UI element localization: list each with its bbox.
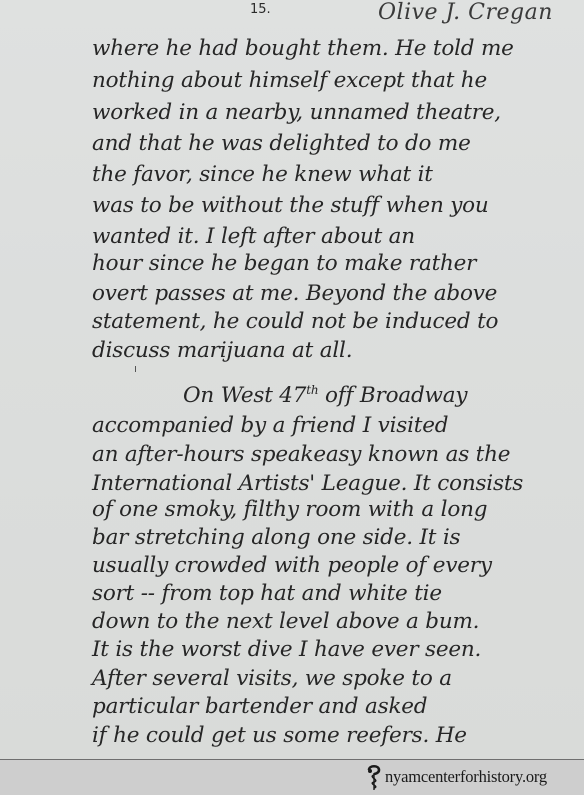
text-line: overt passes at me. Beyond the above [92,281,497,306]
text-line: of one smoky, filthy room with a long [92,497,487,522]
watermark: nyamcenterforhistory.org [366,763,547,791]
manuscript-page: 15. Olive J. Cregan where he had bought … [0,0,584,760]
text-line: accompanied by a friend I visited [92,413,448,438]
text-line: wanted it. I left after about an [92,224,415,249]
text-line: bar stretching along one side. It is [92,525,460,550]
text-line: nothing about himself except that he [92,68,487,93]
text-line: was to be without the stuff when you [92,193,489,218]
stray-pen-mark [135,366,136,372]
text-fragment: off Broadway [318,383,467,408]
text-line: and that he was delighted to do me [92,131,471,156]
text-line: worked in a nearby, unnamed theatre, [92,100,501,125]
author-name: Olive J. Cregan [378,0,553,25]
paragraph-first-line: On West 47th off Broadway [183,383,467,408]
text-line: discuss marijuana at all. [92,338,352,363]
text-line: an after-hours speakeasy known as the [92,442,510,467]
watermark-url: nyamcenterforhistory.org [385,767,547,787]
text-line: the favor, since he knew what it [92,162,433,187]
text-fragment: On West 47 [183,383,306,408]
text-line: hour since he began to make rather [92,251,476,276]
page-number: 15. [250,2,271,17]
text-line: It is the worst dive I have ever seen. [92,637,481,662]
text-line: International Artists' League. It consis… [92,471,523,496]
text-line: statement, he could not be induced to [92,309,498,334]
caduceus-snake-icon [366,763,382,791]
text-line: where he had bought them. He told me [92,36,514,61]
text-line: down to the next level above a bum. [92,609,479,634]
text-line: particular bartender and asked [92,694,427,719]
text-line: sort -- from top hat and white tie [92,581,442,606]
ordinal-suffix: th [306,383,318,397]
text-line: After several visits, we spoke to a [92,666,452,691]
text-line: if he could get us some reefers. He [92,723,467,748]
text-line: usually crowded with people of every [92,553,492,578]
